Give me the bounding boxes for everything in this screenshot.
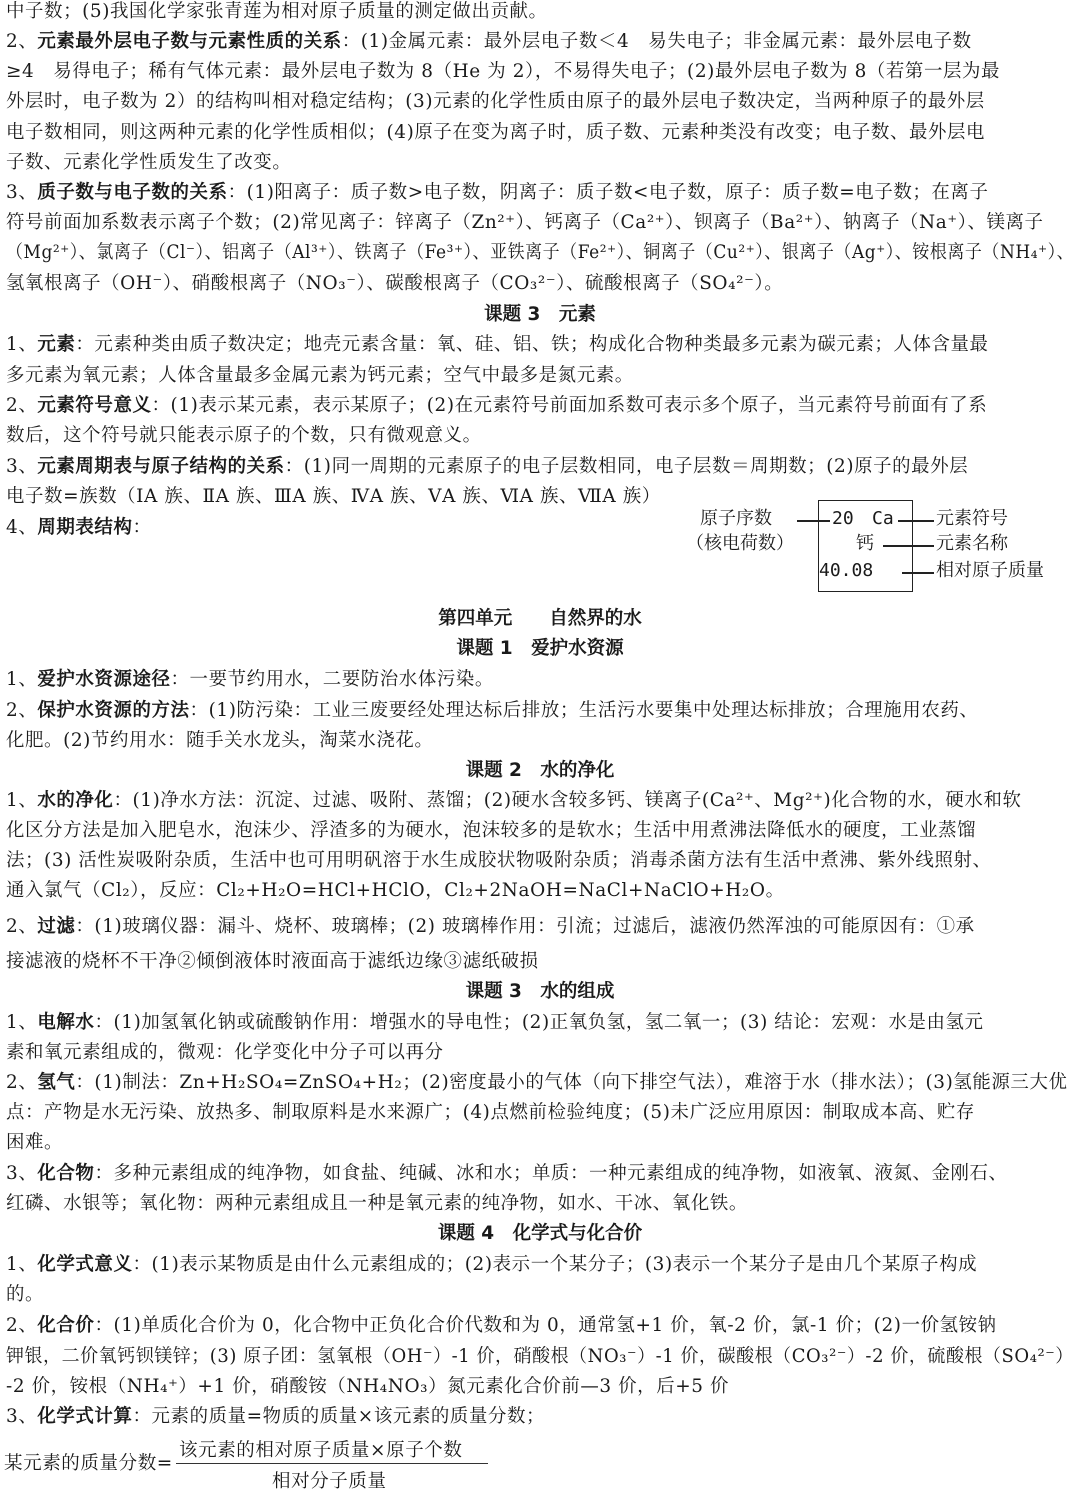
paragraph-formula-calc: 3、化学式计算：元素的质量=物质的质量×该元素的质量分数； [6, 1402, 1074, 1432]
element-symbol: Ca [872, 507, 894, 531]
periodic-cell-diagram: 原子序数 （核电荷数） 20 Ca 元素符号 钙 元素名称 40.08 相对原子… [680, 497, 1080, 592]
text-line: 点：产物是水无污染、放热多、制取原料是水来源广；(4)点燃前检验纯度；(5)未广… [6, 1098, 1074, 1128]
paragraph-elements: 1、元素：元素种类由质子数决定；地壳元素含量：氧、硅、铝、铁；构成化合物种类最多… [6, 330, 1074, 360]
paragraph-periodic-table: 3、元素周期表与原子结构的关系：(1)同一周期的元素原子的电子层数相同，电子层数… [6, 452, 1074, 482]
keyword: 化合物 [37, 1163, 94, 1184]
text-line: 素和氧元素组成的，微观：化学变化中分子可以再分 [6, 1038, 1074, 1068]
paragraph-proton-electron: 3、质子数与电子数的关系：(1)阳离子：质子数>电子数，阴离子：质子数<电子数，… [6, 178, 1074, 208]
formula-denominator: 相对分子质量 [272, 1467, 387, 1491]
text-line: （Mg²⁺）、氯离子（Cl⁻）、铝离子（Al³⁺）、铁离子（Fe³⁺）、亚铁离子… [6, 238, 990, 268]
paragraph-outer-electrons: 2、元素最外层电子数与元素性质的关系：(1)金属元素：最外层电子数＜4 易失电子… [6, 27, 1074, 57]
keyword: 元素 [37, 334, 75, 355]
text-line: 中子数；(5)我国化学家张青莲为相对原子质量的测定做出贡献。 [6, 0, 1074, 27]
heading-topic1-water: 课题 1 爱护水资源 [0, 634, 1080, 664]
text-line: 的。 [6, 1280, 1074, 1310]
leader-line [898, 520, 934, 522]
fraction-bar [176, 1463, 488, 1464]
text-line: 法；(3) 活性炭吸附杂质，生活中也可用明矾溶于水生成胶状物吸附杂质；消毒杀菌方… [6, 846, 1074, 876]
symbol-label: 元素符号 [936, 507, 1008, 531]
text-line: 接滤液的烧杯不干净②倾倒液体时液面高于滤纸边缘③滤纸破损 [6, 947, 1074, 977]
keyword: 化学式计算 [37, 1406, 132, 1427]
paragraph-filtration: 2、过滤：(1)玻璃仪器：漏斗、烧杯、玻璃棒；(2) 玻璃棒作用：引流；过滤后，… [6, 912, 1074, 942]
keyword: 质子数与电子数的关系 [37, 182, 227, 203]
heading-topic3-elements: 课题 3 元素 [0, 300, 1080, 330]
paragraph-valence: 2、化合价：(1)单质化合价为 0，化合物中正负化合价代数和为 0，通常氢+1 … [6, 1311, 1074, 1341]
text-line: 困难。 [6, 1128, 1074, 1158]
paragraph-protect-water-ways: 1、爱护水资源途径：一要节约用水，二要防治水体污染。 [6, 665, 1074, 695]
heading-unit4: 第四单元 自然界的水 [0, 604, 1080, 634]
element-name: 钙 [856, 532, 874, 556]
text-line: 符号前面加系数表示离子个数；(2)常见离子：锌离子（Zn²⁺）、钙离子（Ca²⁺… [6, 208, 1074, 238]
paragraph-water-purification: 1、水的净化：(1)净水方法：沉淀、过滤、吸附、蒸馏；(2)硬水含较多钙、镁离子… [6, 786, 1074, 816]
paragraph-compounds: 3、化合物：多种元素组成的纯净物，如食盐、纯碱、冰和水；单质：一种元素组成的纯净… [6, 1159, 1074, 1189]
nuclear-charge-label: （核电荷数） [686, 532, 794, 556]
keyword: 氢气 [37, 1072, 75, 1093]
text-line: 红磷、水银等；氧化物：两种元素组成且一种是氧元素的纯净物，如水、干冰、氧化铁。 [6, 1189, 1074, 1219]
keyword: 过滤 [37, 916, 75, 937]
text-line: 外层时，电子数为 2）的结构叫相对稳定结构；(3)元素的化学性质由原子的最外层电… [6, 87, 1074, 117]
heading-topic4-formula: 课题 4 化学式与化合价 [0, 1219, 1080, 1249]
text-line: 化肥。(2)节约用水：随手关水龙头，淘菜水浇花。 [6, 726, 1074, 756]
paragraph-element-symbol: 2、元素符号意义：(1)表示某元素，表示某原子；(2)在元素符号前面加系数可表示… [6, 391, 1074, 421]
keyword: 元素最外层电子数与元素性质的关系 [37, 31, 341, 52]
keyword: 电解水 [37, 1012, 94, 1033]
keyword: 周期表结构 [37, 517, 132, 538]
paragraph-hydrogen: 2、氢气：(1)制法：Zn+H₂SO₄=ZnSO₄+H₂；(2)密度最小的气体（… [6, 1068, 1074, 1098]
heading-topic3-composition: 课题 3 水的组成 [0, 977, 1080, 1007]
keyword: 爱护水资源途径 [37, 669, 170, 690]
atomic-number-label: 原子序数 [700, 507, 772, 531]
leader-line [797, 520, 830, 522]
name-label: 元素名称 [936, 532, 1008, 556]
keyword: 元素周期表与原子结构的关系 [37, 456, 284, 477]
atomic-number: 20 [832, 507, 854, 531]
paragraph-formula-meaning: 1、化学式意义：(1)表示某物质是由什么元素组成的；(2)表示一个某分子；(3)… [6, 1250, 1074, 1280]
text-line: ≥4 易得电子；稀有气体元素：最外层电子数为 8（He 为 2），不易得失电子；… [6, 57, 1074, 87]
atomic-mass: 40.08 [819, 559, 873, 583]
text-line: 氢氧根离子（OH⁻）、硝酸根离子（NO₃⁻）、碳酸根离子（CO₃²⁻）、硫酸根离… [6, 269, 1074, 299]
text-line: 多元素为氧元素；人体含量最多金属元素为钙元素；空气中最多是氮元素。 [6, 361, 1074, 391]
keyword: 保护水资源的方法 [37, 700, 189, 721]
text-line: -2 价，铵根（NH₄⁺）+1 价，硝酸铵（NH₄NO₃）氮元素化合价前—3 价… [6, 1372, 1074, 1402]
leader-line [883, 545, 934, 547]
keyword: 元素符号意义 [37, 395, 151, 416]
formula-numerator: 该元素的相对原子质量×原子个数 [179, 1436, 463, 1462]
formula-lhs: 某元素的质量分数= [4, 1449, 173, 1475]
text-line: 电子数相同，则这两种元素的化学性质相似；(4)原子在变为离子时，质子数、元素种类… [6, 118, 1074, 148]
keyword: 化学式意义 [37, 1254, 132, 1275]
heading-topic2-purify: 课题 2 水的净化 [0, 756, 1080, 786]
mass-label: 相对原子质量 [936, 559, 1044, 583]
leader-line [902, 572, 934, 574]
text-line: 钾银，二价氧钙钡镁锌；(3) 原子团：氢氧根（OH⁻）-1 价，硝酸根（NO₃⁻… [6, 1342, 1046, 1372]
keyword: 水的净化 [37, 790, 113, 811]
keyword: 化合价 [37, 1315, 94, 1336]
text-line: 子数、元素化学性质发生了改变。 [6, 148, 1074, 178]
paragraph-protect-water-methods: 2、保护水资源的方法：(1)防污染：工业三废要经处理达标后排放；生活污水要集中处… [6, 696, 1074, 726]
text-line: 通入氯气（Cl₂），反应：Cl₂+H₂O=HCl+HClO，Cl₂+2NaOH=… [6, 876, 1074, 906]
paragraph-electrolysis: 1、电解水：(1)加氢氧化钠或硫酸钠作用：增强水的导电性；(2)正氧负氢，氢二氧… [6, 1008, 1074, 1038]
text-line: 数后，这个符号就只能表示原子的个数，只有微观意义。 [6, 421, 1074, 451]
text-line: 化区分方法是加入肥皂水，泡沫少、浮渣多的为硬水，泡沫较多的是软水；生活中用煮沸法… [6, 816, 1074, 846]
